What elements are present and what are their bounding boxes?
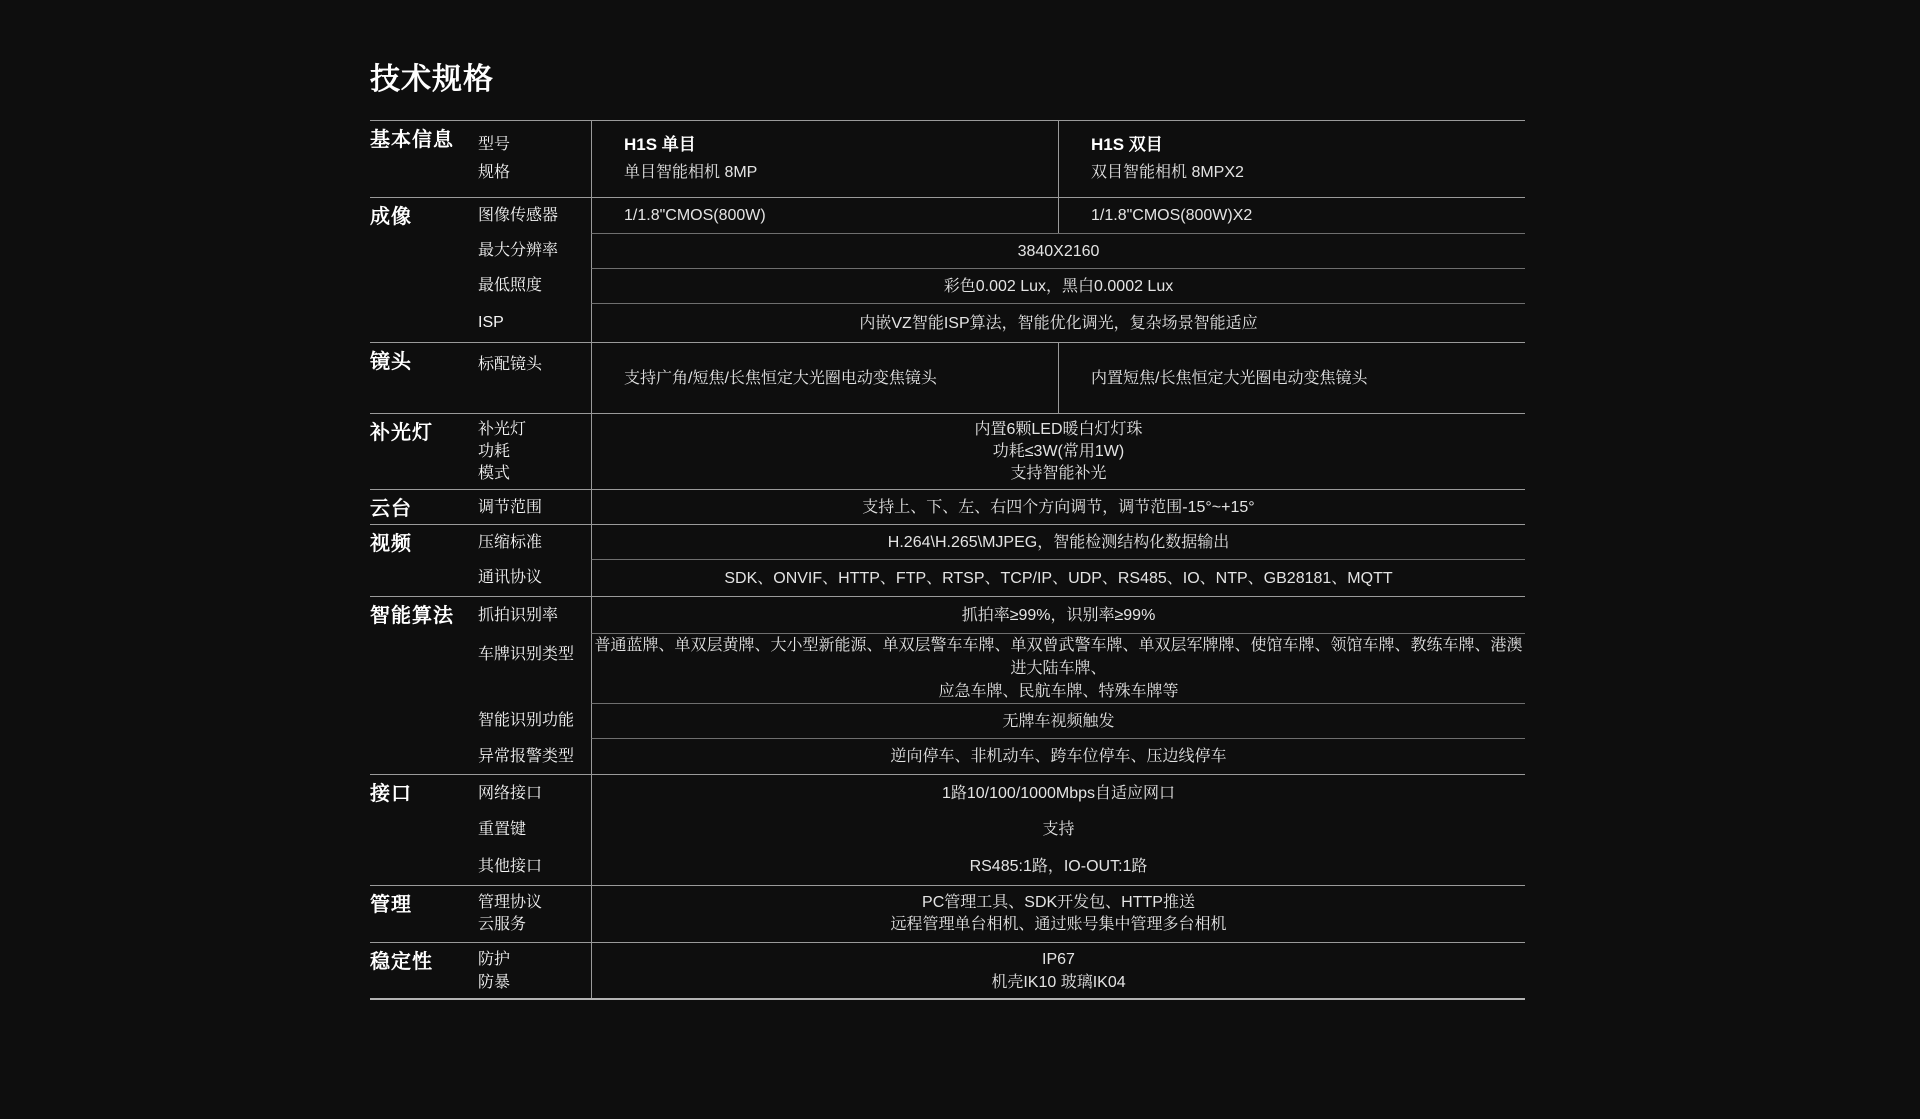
spec-value: 逆向停车、非机动车、跨车位停车、压边线停车 xyxy=(592,739,1525,774)
spec-label: 网络接口 xyxy=(478,782,591,805)
spec-labels: 智能识别功能 xyxy=(478,703,591,738)
spec-value: 3840X2160 xyxy=(592,234,1525,268)
spec-values: 内嵌VZ智能ISP算法，智能优化调光，复杂场景智能适应 xyxy=(591,303,1525,342)
section-ai-algorithm: 智能算法 抓拍识别率 抓拍率≥99%，识别率≥99% xyxy=(370,596,1525,774)
spec-label: 通讯协议 xyxy=(478,566,591,589)
spec-label: 规格 xyxy=(478,159,591,187)
spec-value: 内嵌VZ智能ISP算法，智能优化调光，复杂场景智能适应 xyxy=(592,304,1525,342)
spec-label: 型号 xyxy=(478,131,591,159)
spec-label: 异常报警类型 xyxy=(478,745,591,768)
table-row: 最低照度 彩色0.002 Lux，黑白0.0002 Lux xyxy=(478,268,1525,303)
spec-label: 防护 xyxy=(478,948,591,971)
spec-labels: 图像传感器 xyxy=(478,198,591,233)
spec-value: SDK、ONVIF、HTTP、FTP、RTSP、TCP/IP、UDP、RS485… xyxy=(592,560,1525,596)
spec-value-left: 1/1.8"CMOS(800W) xyxy=(592,198,1058,233)
table-row: 管理协议 云服务 PC管理工具、SDK开发包、HTTP推送 远程管理单台相机、通… xyxy=(478,886,1525,942)
table-row: 标配镜头 支持广角/短焦/长焦恒定大光圈电动变焦镜头 内置短焦/长焦恒定大光圈电… xyxy=(478,343,1525,413)
spec-label: 功耗 xyxy=(478,441,591,463)
table-row: 其他接口 RS485:1路，IO-OUT:1路 xyxy=(478,848,1525,885)
spec-value: 支持 xyxy=(592,811,1525,848)
spec-labels: 最大分辨率 xyxy=(478,233,591,268)
section-management: 管理 管理协议 云服务 PC管理工具、SDK开发包、HTTP推送 远程管理单台相… xyxy=(370,885,1525,942)
spec-values: 逆向停车、非机动车、跨车位停车、压边线停车 xyxy=(591,738,1525,774)
spec-label: 调节范围 xyxy=(478,496,591,519)
spec-table: 基本信息 型号 规格 H1S 单目 单目智能相机 8MP xyxy=(370,120,1525,1000)
section-basic-info: 基本信息 型号 规格 H1S 单目 单目智能相机 8MP xyxy=(370,120,1525,197)
spec-label: 车牌识别类型 xyxy=(478,643,591,666)
section-name: 成像 xyxy=(370,198,478,342)
spec-values: 1/1.8"CMOS(800W) 1/1.8"CMOS(800W)X2 xyxy=(591,198,1525,233)
spec-label: 模式 xyxy=(478,463,591,485)
spec-label: 最低照度 xyxy=(478,274,591,297)
spec-label: 标配镜头 xyxy=(478,353,591,376)
spec-labels: 标配镜头 xyxy=(478,343,591,413)
spec-labels: 重置键 xyxy=(478,811,591,848)
spec-labels: 其他接口 xyxy=(478,848,591,885)
model-bino-cell: H1S 双目 双目智能相机 8MPX2 xyxy=(1058,121,1525,197)
table-row: 车牌识别类型 普通蓝牌、单双层黄牌、大小型新能源、单双层警车车牌、单双曾武警车牌… xyxy=(478,633,1525,703)
spec-labels: 网络接口 xyxy=(478,775,591,811)
spec-label: 压缩标准 xyxy=(478,531,591,554)
table-row: 图像传感器 1/1.8"CMOS(800W) 1/1.8"CMOS(800W)X… xyxy=(478,198,1525,233)
spec-labels: 管理协议 云服务 xyxy=(478,886,591,942)
spec-values: H1S 单目 单目智能相机 8MP H1S 双目 双目智能相机 8MPX2 xyxy=(591,121,1525,197)
model-mono-cell: H1S 单目 单目智能相机 8MP xyxy=(592,121,1058,197)
table-row: 防护 防暴 IP67 机壳IK10 玻璃IK04 xyxy=(478,943,1525,998)
section-name: 视频 xyxy=(370,525,478,596)
spec-value: H.264\H.265\MJPEG，智能检测结构化数据输出 xyxy=(592,525,1525,559)
model-spec: 单目智能相机 8MP xyxy=(624,159,1058,187)
section-interface: 接口 网络接口 1路10/100/1000Mbps自适应网口 xyxy=(370,774,1525,885)
section-video: 视频 压缩标准 H.264\H.265\MJPEG，智能检测结构化数据输出 xyxy=(370,524,1525,596)
spec-label: 管理协议 xyxy=(478,892,591,914)
spec-values: PC管理工具、SDK开发包、HTTP推送 远程管理单台相机、通过账号集中管理多台… xyxy=(591,886,1525,942)
spec-value: 支持上、下、左、右四个方向调节，调节范围-15°~+15° xyxy=(592,490,1525,524)
spec-value: 无牌车视频触发 xyxy=(592,704,1525,738)
spec-values: 支持广角/短焦/长焦恒定大光圈电动变焦镜头 内置短焦/长焦恒定大光圈电动变焦镜头 xyxy=(591,343,1525,413)
spec-label: 抓拍识别率 xyxy=(478,604,591,627)
model-name: H1S 单目 xyxy=(624,131,1058,159)
spec-values: 内置6颗LED暖白灯灯珠 功耗≤3W(常用1W) 支持智能补光 xyxy=(591,414,1525,489)
section-name: 管理 xyxy=(370,886,478,942)
spec-values: IP67 机壳IK10 玻璃IK04 xyxy=(591,943,1525,998)
spec-label: ISP xyxy=(478,311,591,334)
spec-sheet-page: 技术规格 基本信息 型号 规格 H1S 单目 单目智能相机 8MP xyxy=(0,0,1920,1119)
section-name: 接口 xyxy=(370,775,478,885)
spec-value: RS485:1路，IO-OUT:1路 xyxy=(592,848,1525,885)
spec-value: 抓拍率≥99%，识别率≥99% xyxy=(592,597,1525,633)
section-name: 智能算法 xyxy=(370,597,478,774)
spec-values: 支持 xyxy=(591,811,1525,848)
spec-labels: 型号 规格 xyxy=(478,121,591,197)
table-row: 通讯协议 SDK、ONVIF、HTTP、FTP、RTSP、TCP/IP、UDP、… xyxy=(478,559,1525,596)
table-row: ISP 内嵌VZ智能ISP算法，智能优化调光，复杂场景智能适应 xyxy=(478,303,1525,342)
table-row: 网络接口 1路10/100/1000Mbps自适应网口 xyxy=(478,775,1525,811)
section-gimbal: 云台 调节范围 支持上、下、左、右四个方向调节，调节范围-15°~+15° xyxy=(370,489,1525,524)
spec-labels: 压缩标准 xyxy=(478,525,591,559)
spec-values: RS485:1路，IO-OUT:1路 xyxy=(591,848,1525,885)
section-name: 云台 xyxy=(370,490,478,524)
spec-values: 无牌车视频触发 xyxy=(591,703,1525,738)
spec-label: 智能识别功能 xyxy=(478,709,591,732)
spec-values: H.264\H.265\MJPEG，智能检测结构化数据输出 xyxy=(591,525,1525,559)
table-row: 重置键 支持 xyxy=(478,811,1525,848)
section-name: 基本信息 xyxy=(370,121,478,197)
spec-value: 彩色0.002 Lux，黑白0.0002 Lux xyxy=(592,269,1525,303)
section-lens: 镜头 标配镜头 支持广角/短焦/长焦恒定大光圈电动变焦镜头 内置短焦/长焦恒定大… xyxy=(370,342,1525,413)
spec-labels: 异常报警类型 xyxy=(478,738,591,774)
spec-labels: 补光灯 功耗 模式 xyxy=(478,414,591,489)
spec-value: 内置6颗LED暖白灯灯珠 功耗≤3W(常用1W) 支持智能补光 xyxy=(592,414,1525,489)
spec-labels: 防护 防暴 xyxy=(478,943,591,998)
spec-labels: 车牌识别类型 xyxy=(478,633,591,703)
spec-labels: 抓拍识别率 xyxy=(478,597,591,633)
section-name: 补光灯 xyxy=(370,414,478,489)
spec-values: 1路10/100/1000Mbps自适应网口 xyxy=(591,775,1525,811)
spec-labels: 调节范围 xyxy=(478,490,591,524)
spec-values: 彩色0.002 Lux，黑白0.0002 Lux xyxy=(591,268,1525,303)
model-name: H1S 双目 xyxy=(1091,131,1525,159)
spec-labels: 最低照度 xyxy=(478,268,591,303)
table-row: 抓拍识别率 抓拍率≥99%，识别率≥99% xyxy=(478,597,1525,633)
spec-labels: 通讯协议 xyxy=(478,559,591,596)
section-imaging: 成像 图像传感器 1/1.8"CMOS(800W) 1/1.8"CMOS(800… xyxy=(370,197,1525,342)
spec-values: SDK、ONVIF、HTTP、FTP、RTSP、TCP/IP、UDP、RS485… xyxy=(591,559,1525,596)
spec-value-right: 内置短焦/长焦恒定大光圈电动变焦镜头 xyxy=(1058,343,1525,413)
model-spec: 双目智能相机 8MPX2 xyxy=(1091,159,1525,187)
table-row: 补光灯 功耗 模式 内置6颗LED暖白灯灯珠 功耗≤3W(常用1W) 支持智能补… xyxy=(478,414,1525,489)
spec-values: 普通蓝牌、单双层黄牌、大小型新能源、单双层警车车牌、单双曾武警车牌、单双层军牌牌… xyxy=(591,633,1525,703)
table-row: 型号 规格 H1S 单目 单目智能相机 8MP H1S 双目 双目智能相机 8M… xyxy=(478,121,1525,197)
table-row: 智能识别功能 无牌车视频触发 xyxy=(478,703,1525,738)
spec-values: 支持上、下、左、右四个方向调节，调节范围-15°~+15° xyxy=(591,490,1525,524)
spec-label: 防暴 xyxy=(478,971,591,994)
table-row: 最大分辨率 3840X2160 xyxy=(478,233,1525,268)
spec-label: 最大分辨率 xyxy=(478,239,591,262)
spec-value: 1路10/100/1000Mbps自适应网口 xyxy=(592,775,1525,811)
spec-labels: ISP xyxy=(478,303,591,342)
spec-value-right: 1/1.8"CMOS(800W)X2 xyxy=(1058,198,1525,233)
table-row: 异常报警类型 逆向停车、非机动车、跨车位停车、压边线停车 xyxy=(478,738,1525,774)
section-fill-light: 补光灯 补光灯 功耗 模式 内置6颗LED暖白灯灯珠 功耗≤3W(常用1W) xyxy=(370,413,1525,489)
section-stability: 稳定性 防护 防暴 IP67 机壳IK10 玻璃IK04 xyxy=(370,942,1525,998)
spec-label: 图像传感器 xyxy=(478,204,591,227)
section-name: 稳定性 xyxy=(370,943,478,998)
spec-value: 普通蓝牌、单双层黄牌、大小型新能源、单双层警车车牌、单双曾武警车牌、单双层军牌牌… xyxy=(592,634,1525,703)
table-row: 调节范围 支持上、下、左、右四个方向调节，调节范围-15°~+15° xyxy=(478,490,1525,524)
spec-values: 3840X2160 xyxy=(591,233,1525,268)
section-name: 镜头 xyxy=(370,343,478,413)
spec-content: 技术规格 基本信息 型号 规格 H1S 单目 单目智能相机 8MP xyxy=(370,57,1525,1000)
table-row: 压缩标准 H.264\H.265\MJPEG，智能检测结构化数据输出 xyxy=(478,525,1525,559)
spec-label: 补光灯 xyxy=(478,419,591,441)
spec-value-left: 支持广角/短焦/长焦恒定大光圈电动变焦镜头 xyxy=(592,343,1058,413)
spec-value: PC管理工具、SDK开发包、HTTP推送 远程管理单台相机、通过账号集中管理多台… xyxy=(592,886,1525,942)
page-title: 技术规格 xyxy=(370,57,1525,103)
spec-value: IP67 机壳IK10 玻璃IK04 xyxy=(592,943,1525,998)
spec-values: 抓拍率≥99%，识别率≥99% xyxy=(591,597,1525,633)
spec-label: 其他接口 xyxy=(478,855,591,878)
spec-label: 云服务 xyxy=(478,914,591,936)
spec-label: 重置键 xyxy=(478,818,591,841)
